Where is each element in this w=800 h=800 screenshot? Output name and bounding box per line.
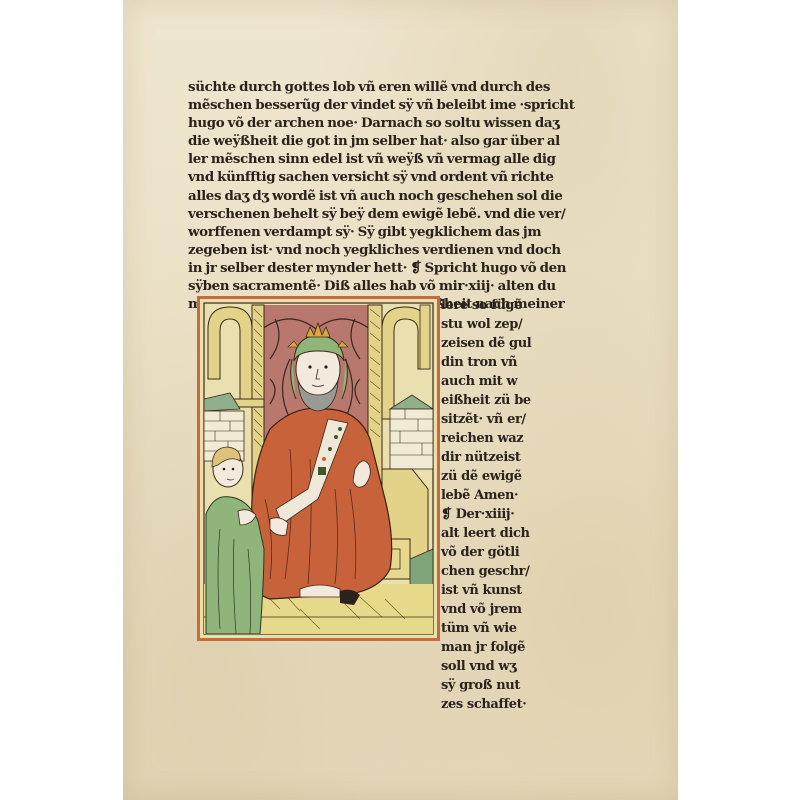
text-line: tüm vñ wie bbox=[441, 619, 531, 638]
text-line: soll vnd wʒ bbox=[441, 657, 531, 676]
woodcut-illustration bbox=[197, 296, 440, 641]
text-line: reichen waz bbox=[441, 429, 531, 448]
text-line: worffenen verdampt sÿ· Sÿ gibt yegkliche… bbox=[188, 223, 528, 241]
text-line: in jr selber dester mynder hett· ❡ Spric… bbox=[188, 259, 528, 277]
text-line: mẽschen besserũg der vindet sÿ vñ beleib… bbox=[188, 96, 528, 114]
text-line: hugo võ der archen noe· Darnach so soltu… bbox=[188, 114, 528, 132]
text-line: zeisen dẽ gul bbox=[441, 334, 531, 353]
main-text-block: süchte durch gottes lob vñ eren willẽ vn… bbox=[188, 78, 528, 313]
text-line: dir nützeist bbox=[441, 448, 531, 467]
text-line: ler mẽschen sinn edel ist vñ weÿß vñ ver… bbox=[188, 150, 528, 168]
text-line: võ der götli bbox=[441, 543, 531, 562]
text-line: alles daʒ dʒ wordẽ ist vñ auch noch gesc… bbox=[188, 187, 528, 205]
text-line: eißheit zü be bbox=[441, 391, 531, 410]
text-line: chen geschr/ bbox=[441, 562, 531, 581]
text-line: sÿben sacramentẽ· Diß alles hab võ mir·x… bbox=[188, 277, 528, 295]
text-line: sÿ groß nut bbox=[441, 676, 531, 695]
text-line: ist vñ kunst bbox=[441, 581, 531, 600]
text-line: zegeben ist· vnd noch yegkliches verdien… bbox=[188, 241, 528, 259]
side-text-column: lere so fügẽ stu wol zep/ zeisen dẽ gul … bbox=[441, 296, 531, 714]
text-line: lebẽ Amen· bbox=[441, 486, 531, 505]
text-line: verschenen behelt sÿ beÿ dem ewigẽ lebẽ.… bbox=[188, 205, 528, 223]
text-line: die weÿßheit die got in jm selber hat· a… bbox=[188, 132, 528, 150]
text-line: stu wol zep/ bbox=[441, 315, 531, 334]
text-line: alt leert dich bbox=[441, 524, 531, 543]
text-line: man jr folgẽ bbox=[441, 638, 531, 657]
text-line: din tron vñ bbox=[441, 353, 531, 372]
text-line: lere so fügẽ bbox=[441, 296, 531, 315]
text-line: ❡ Der·xiiij· bbox=[441, 505, 531, 524]
king-on-throne-image bbox=[200, 299, 437, 638]
text-line: vnd võ jrem bbox=[441, 600, 531, 619]
text-line: zes schaffet· bbox=[441, 695, 531, 714]
text-line: vnd künfftig sachen versicht sÿ vnd orde… bbox=[188, 168, 528, 186]
text-line: süchte durch gottes lob vñ eren willẽ vn… bbox=[188, 78, 528, 96]
text-line: sitzẽt· vñ er/ bbox=[441, 410, 531, 429]
text-line: auch mit w bbox=[441, 372, 531, 391]
text-line: zü dẽ ewigẽ bbox=[441, 467, 531, 486]
